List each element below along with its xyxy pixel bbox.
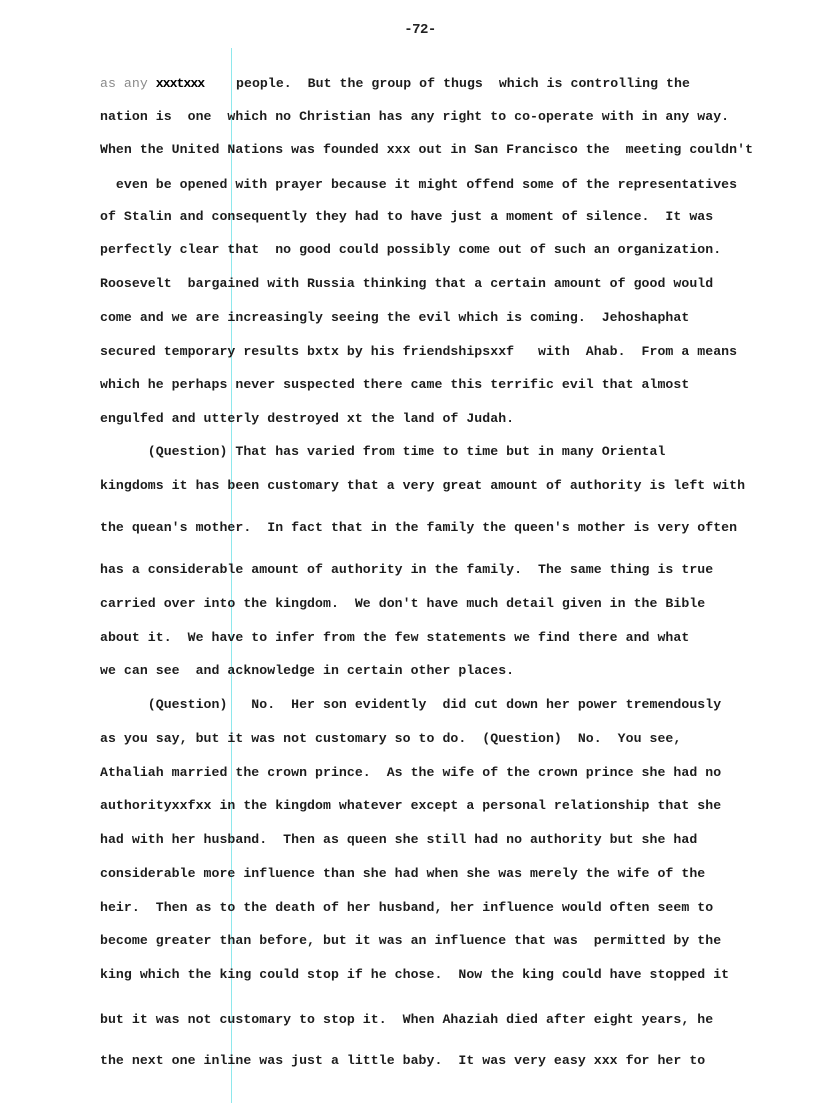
text-line-2: nation is one which no Christian has any… <box>100 109 729 125</box>
line-text: people. But the group of thugs which is … <box>204 76 690 91</box>
text-line-29: the next one inline was just a little ba… <box>100 1053 705 1069</box>
text-line-27: king which the king could stop if he cho… <box>100 967 729 983</box>
text-line-28: but it was not customary to stop it. Whe… <box>100 1012 713 1028</box>
text-line-19: (Question) No. Her son evidently did cut… <box>100 697 721 713</box>
text-line-3: When the United Nations was founded xxx … <box>100 142 753 158</box>
text-line-4: even be opened with prayer because it mi… <box>100 177 737 193</box>
text-line-15: has a considerable amount of authority i… <box>100 562 713 578</box>
text-line-16: carried over into the kingdom. We don't … <box>100 596 705 612</box>
text-line-6: perfectly clear that no good could possi… <box>100 242 721 258</box>
text-line-7: Roosevelt bargained with Russia thinking… <box>100 276 713 292</box>
text-line-1: as any xxxtxxx people. But the group of … <box>100 76 690 92</box>
text-line-25: heir. Then as to the death of her husban… <box>100 900 713 916</box>
text-line-21: Athaliah married the crown prince. As th… <box>100 765 721 781</box>
text-line-9: secured temporary results bxtx by his fr… <box>100 344 737 360</box>
struck-text: xxxtxxx <box>156 76 204 91</box>
text-line-10: which he perhaps never suspected there c… <box>100 377 689 393</box>
text-line-18: we can see and acknowledge in certain ot… <box>100 663 514 679</box>
text-line-8: come and we are increasingly seeing the … <box>100 310 689 326</box>
text-line-5: of Stalin and consequently they had to h… <box>100 209 713 225</box>
text-line-24: considerable more influence than she had… <box>100 866 705 882</box>
text-line-14: the quean's mother. In fact that in the … <box>100 520 737 536</box>
text-line-23: had with her husband. Then as queen she … <box>100 832 697 848</box>
text-line-13: kingdoms it has been customary that a ve… <box>100 478 745 494</box>
text-line-11: engulfed and utterly destroyed xt the la… <box>100 411 514 427</box>
text-line-17: about it. We have to infer from the few … <box>100 630 689 646</box>
typewritten-page: -72- as any xxxtxxx people. But the grou… <box>0 0 840 1103</box>
page-number: -72- <box>0 22 840 38</box>
text-line-22: authorityxxfxx in the kingdom whatever e… <box>100 798 721 814</box>
text-line-26: become greater than before, but it was a… <box>100 933 721 949</box>
text-line-12: (Question) That has varied from time to … <box>100 444 665 460</box>
text-line-20: as you say, but it was not customary so … <box>100 731 681 747</box>
faint-prefix: as any <box>100 76 156 91</box>
